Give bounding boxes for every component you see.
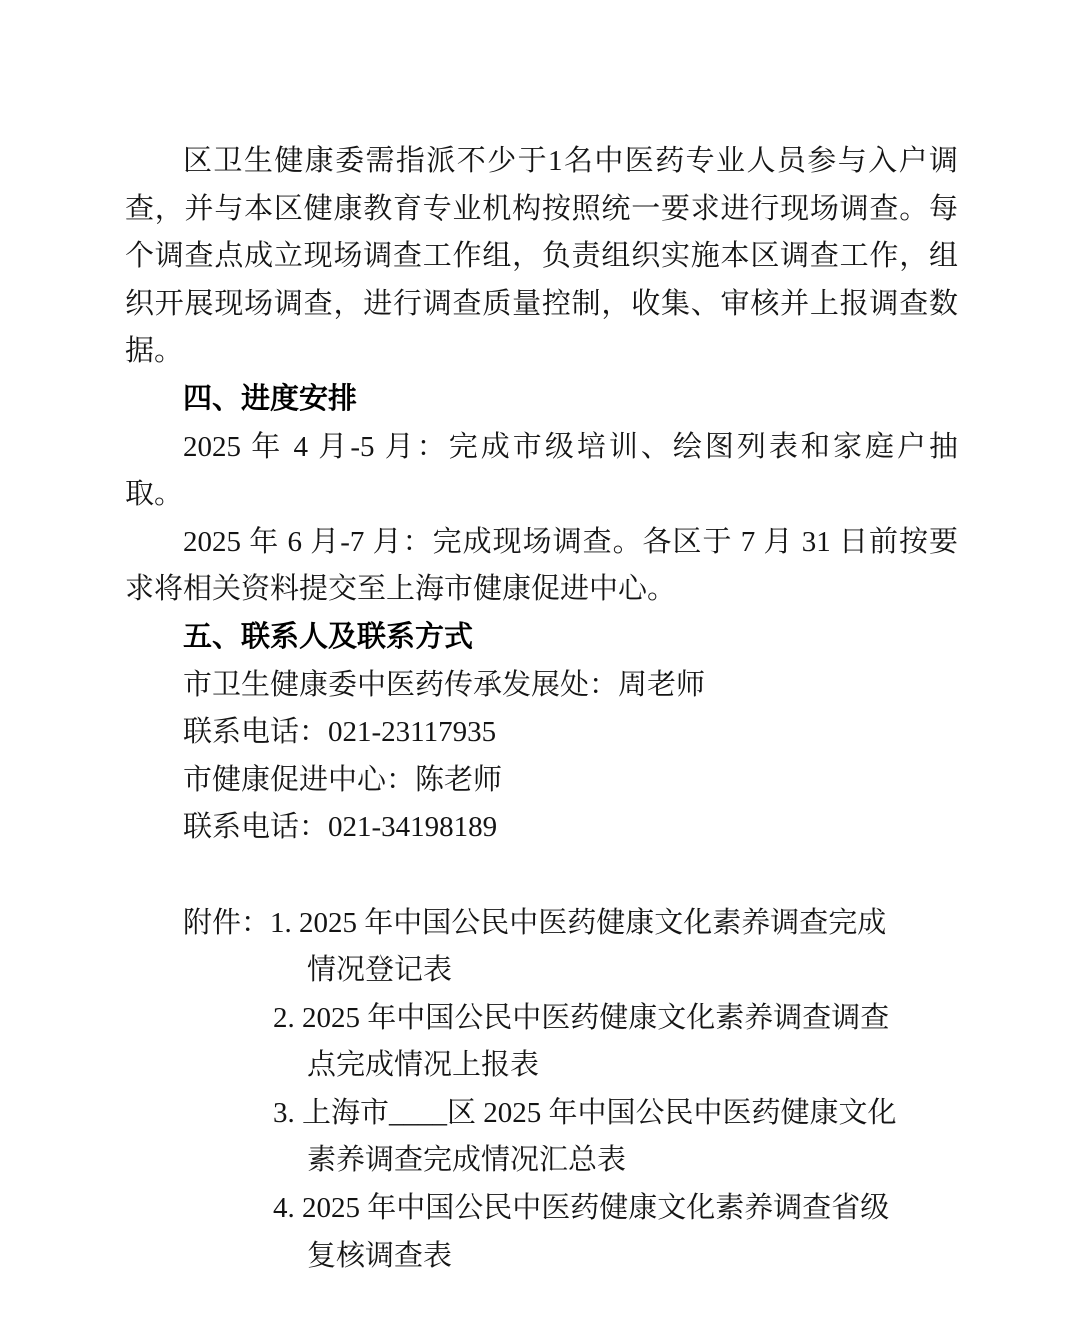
text-line: 据。 (125, 328, 958, 376)
text-line: 素养调查完成情况汇总表 (125, 1137, 958, 1185)
text-line: 4. 2025 年中国公民中医药健康文化素养调查省级 (125, 1185, 958, 1233)
text-line: 联系电话：021-34198189 (125, 804, 958, 852)
text-line: 查，并与本区健康教育专业机构按照统一要求进行现场调查。每 (125, 186, 958, 234)
text-line: 市健康促进中心：陈老师 (125, 757, 958, 805)
text-line: 联系电话：021-23117935 (125, 709, 958, 757)
section-heading: 四、进度安排 (125, 376, 958, 424)
document-page: 区卫生健康委需指派不少于1名中医药专业人员参与入户调查，并与本区健康教育专业机构… (0, 0, 1080, 1341)
text-line: 点完成情况上报表 (125, 1042, 958, 1090)
text-line: 复核调查表 (125, 1233, 958, 1281)
text-line: 情况登记表 (125, 947, 958, 995)
document-body: 区卫生健康委需指派不少于1名中医药专业人员参与入户调查，并与本区健康教育专业机构… (125, 138, 958, 1280)
text-line: 2025 年 6 月-7 月：完成现场调查。各区于 7 月 31 日前按要 (125, 519, 958, 567)
text-line: 织开展现场调查，进行调查质量控制，收集、审核并上报调查数 (125, 281, 958, 329)
text-line: 市卫生健康委中医药传承发展处：周老师 (125, 662, 958, 710)
text-line: 个调查点成立现场调查工作组，负责组织实施本区调查工作，组 (125, 233, 958, 281)
text-line: 2025 年 4 月-5 月：完成市级培训、绘图列表和家庭户抽 (125, 424, 958, 472)
text-line: 求将相关资料提交至上海市健康促进中心。 (125, 566, 958, 614)
blank-line (125, 852, 958, 900)
text-line: 2. 2025 年中国公民中医药健康文化素养调查调查 (125, 995, 958, 1043)
text-line: 取。 (125, 471, 958, 519)
section-heading: 五、联系人及联系方式 (125, 614, 958, 662)
text-line: 3. 上海市____区 2025 年中国公民中医药健康文化 (125, 1090, 958, 1138)
text-line: 区卫生健康委需指派不少于1名中医药专业人员参与入户调 (125, 138, 958, 186)
text-line: 附件：1. 2025 年中国公民中医药健康文化素养调查完成 (125, 900, 958, 948)
